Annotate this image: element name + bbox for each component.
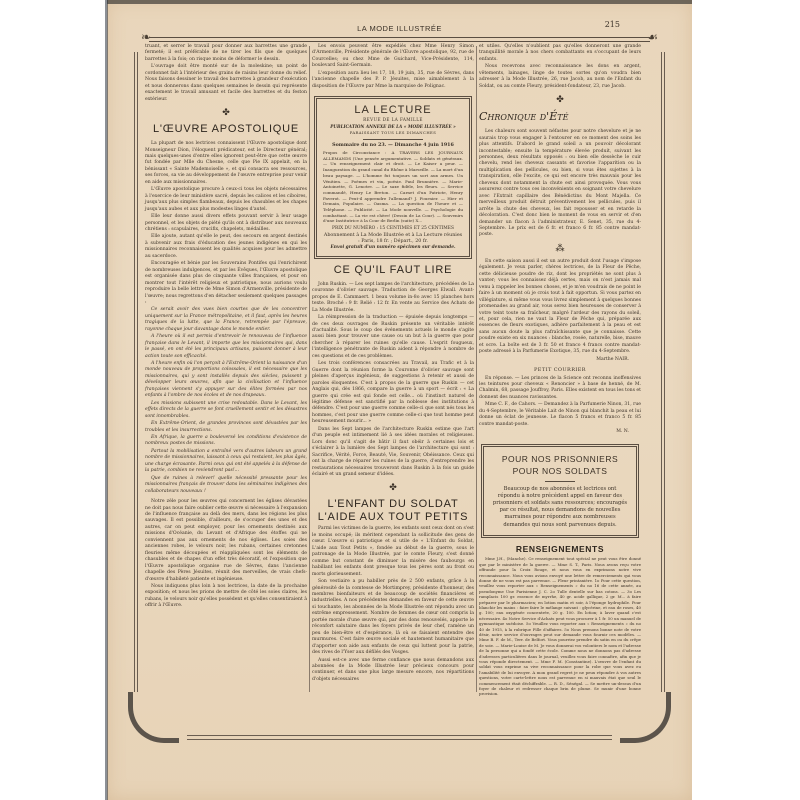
paragraph: Les trois conférences consacrées au Trav… — [312, 361, 474, 426]
prisoners-box: POUR NOS PRISONNIERS POUR NOS SOLDATS Be… — [481, 444, 639, 538]
box-separator — [363, 139, 423, 140]
section-title-renseignements: RENSEIGNEMENTS — [479, 546, 641, 552]
page-number: 215 — [605, 20, 620, 29]
signature: M. N. — [479, 429, 629, 435]
paragraph: En réponse. — Les princes de la Science … — [479, 376, 641, 402]
la-lecture-box: LA LECTURE REVUE DE LA FAMILLE PUBLICATI… — [314, 96, 472, 259]
paragraph: truant, et serrer le travail pour donner… — [145, 44, 307, 63]
la-lecture-summary: Propos de Circonstance : A TRAVERS LES J… — [323, 150, 463, 224]
paragraph: L'ouvrage doit être monté sur de la mole… — [145, 64, 307, 103]
quoted-paragraph: En Extrême-Orient, de grandes provinces … — [145, 421, 307, 434]
left-border-bar — [134, 52, 138, 692]
section-title-line: L'ENFANT DU SOLDAT — [312, 498, 474, 511]
paragraph: La plupart de nos lectrices connaissent … — [145, 141, 307, 186]
paragraph: Encouragée et bénie par les Souverains P… — [145, 261, 307, 306]
la-lecture-subscription: Abonnement à La Mode Illustrée et à La L… — [323, 233, 463, 246]
paragraph: Nous recevrons avec reconnaissance les d… — [479, 64, 641, 90]
fleuron-icon: ✤ — [479, 94, 641, 106]
quoted-paragraph: A l'heure où il est permis d'entrevoir l… — [145, 334, 307, 360]
paragraph: La réimpression de la traduction — épuis… — [312, 315, 474, 360]
paragraph: Les chaleurs sont souvent néfastes pour … — [479, 129, 641, 239]
section-title-line: L'AIDE AUX TOUT PETITS — [312, 511, 474, 524]
section-title-petit-courrier: PETIT COURRIER — [479, 367, 641, 373]
signature: Marthe NAIR. — [479, 357, 629, 363]
la-lecture-price: PRIX DU NUMÉRO : 15 CENTIMES ET 25 CENTI… — [323, 226, 463, 232]
quoted-paragraph: En Afrique, la guerre a bouleversé les c… — [145, 435, 307, 448]
page-left-edge — [105, 0, 108, 800]
paragraph: Son vestiaire a pu habiller près de 2 50… — [312, 579, 474, 656]
paragraph: Aussi est-ce avec une ferme confiance qu… — [312, 658, 474, 684]
quoted-paragraph: A l'heure enfin où l'on perçoit à l'Extr… — [145, 361, 307, 400]
right-border-bar — [661, 52, 665, 692]
fleuron-icon: ✤ — [145, 107, 307, 119]
prisoners-text: Beaucoup de nos abonnées et lectrices on… — [492, 486, 628, 529]
paragraph: Les envois peuvent être expédiés chez Mm… — [312, 44, 474, 70]
la-lecture-free-copy: Envoi gratuit d'un numéro spécimen sur d… — [323, 245, 463, 251]
paragraph: Elle leur donne aussi divers effets pouv… — [145, 214, 307, 233]
footer-rule — [187, 735, 612, 740]
paragraph: Parmi les victimes de la guerre, les enf… — [312, 526, 474, 578]
paragraph: Mme C. F., de Cahors. — Demandez à la Pa… — [479, 402, 641, 428]
la-lecture-frequency: PARAISSANT TOUS LES DIMANCHES — [323, 130, 463, 136]
paragraph: John Ruskin. — Les sept lampes de l'arch… — [312, 282, 474, 314]
la-lecture-title: LA LECTURE — [323, 103, 463, 117]
corner-ornament-bottom-right-icon — [620, 692, 671, 743]
renseignements-text: Mme J.H., (Manche). Ce renseignement tou… — [479, 556, 641, 697]
section-title-enfant-du-soldat: L'ENFANT DU SOLDAT L'AIDE AUX TOUT PETIT… — [312, 498, 474, 524]
quoted-paragraph: Que de ruines à relever! quelle nécessit… — [145, 476, 307, 495]
la-lecture-summary-heading: Sommaire du no 23. — Dimanche 4 juin 191… — [323, 142, 463, 148]
paragraph: et utiles. Qu'elles n'oublient pas qu'el… — [479, 44, 641, 63]
fleuron-icon: ✤ — [312, 482, 474, 494]
column-2: Les envois peuvent être expédiés chez Mm… — [312, 44, 474, 684]
paragraph: Dans les Sept lampes de l'architecture R… — [312, 427, 474, 479]
column-divider — [476, 46, 477, 692]
quoted-paragraph: Les missions subissent une crise redouta… — [145, 401, 307, 420]
section-title-ce-quil-faut-lire: CE QU'IL FAUT LIRE — [312, 264, 474, 277]
magazine-page: ❧ LA MODE ILLUSTRÉE 215 ☙ truant, et ser… — [107, 0, 692, 800]
page-top-edge — [107, 0, 692, 4]
column-3: et utiles. Qu'elles n'oublient pas qu'el… — [479, 44, 641, 698]
paragraph: L'exposition aura lieu les 17, 18, 19 ju… — [312, 71, 474, 90]
column-divider — [309, 46, 310, 692]
paragraph: En cette saison aussi il est un autre pr… — [479, 259, 641, 356]
prisoners-title-line: POUR NOS PRISONNIERS — [492, 453, 628, 465]
paragraph: Elle ajoute, autant qu'elle le peut, des… — [145, 234, 307, 260]
prisoners-title-line: POUR NOS SOLDATS — [492, 465, 628, 477]
box-separator — [545, 481, 575, 482]
asterism-icon: ⁂ — [479, 243, 641, 255]
section-title-chronique-dete: Chronique d'Été — [479, 110, 641, 124]
section-title-oeuvre-apostolique: L'ŒUVRE APOSTOLIQUE — [145, 123, 307, 136]
quoted-paragraph: Partout la mobilisation a entraîné vers … — [145, 449, 307, 475]
header-rule — [149, 37, 650, 42]
paragraph: Notre zèle pour les œuvres qui concernen… — [145, 499, 307, 583]
paragraph: L'Œuvre apostolique procure à ceux-ci to… — [145, 187, 307, 213]
column-1: truant, et serrer le travail pour donner… — [145, 44, 307, 611]
quoted-paragraph: Ce serait avoir des vues bien courtes qu… — [145, 307, 307, 333]
paragraph: Nous indiquons plus loin à nos lectrices… — [145, 584, 307, 610]
corner-ornament-bottom-left-icon — [128, 692, 179, 743]
